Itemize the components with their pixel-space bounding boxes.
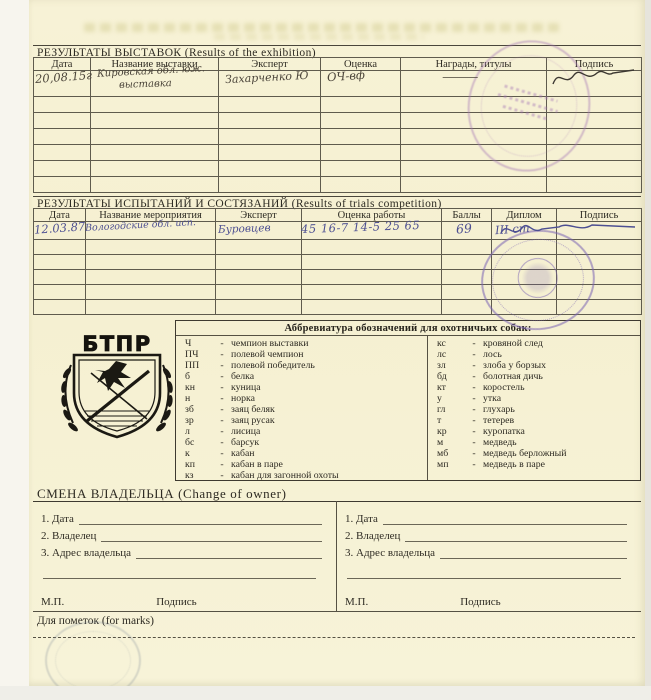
dash: [213, 459, 231, 470]
dash: [213, 393, 231, 404]
abbreviation-item: ннорка: [185, 393, 427, 404]
fill-in-line: [79, 513, 322, 525]
dash: [213, 371, 231, 382]
abbreviation-item: кзкабан для загонной охоты: [185, 470, 427, 481]
abbreviation-item: кпкабан в паре: [185, 459, 427, 470]
dash: [213, 382, 231, 393]
mp-label: М.П.: [345, 596, 368, 608]
bleed-through-text: [84, 23, 559, 32]
table-cell-empty: [34, 113, 91, 129]
dash: [465, 393, 483, 404]
dash: [213, 426, 231, 437]
owner-change-pane-right: 1. Дата 2. Владелец 3. Адрес владельца М…: [337, 501, 641, 611]
table-cell-empty: [442, 300, 492, 315]
table-cell-empty: [91, 145, 219, 161]
table-cell-empty: [34, 300, 86, 315]
fill-in-line: [405, 530, 627, 542]
abbreviation-item: ППполевой победитель: [185, 360, 427, 371]
table-cell-empty: [86, 240, 216, 255]
owner-change-box: 1. Дата 2. Владелец 3. Адрес владельца М…: [33, 501, 641, 612]
abbreviation-item: лслось: [437, 349, 640, 360]
owner-field-row: 1. Дата: [345, 512, 627, 525]
abbreviations-columns: Ччемпион выставки ПЧполевой чемпион ППпо…: [176, 336, 640, 480]
abbreviations-title: Аббревиатура обозначений для охотничьих …: [176, 321, 640, 336]
dash: [465, 360, 483, 371]
handwritten-trial-expert: Буровцев: [218, 222, 271, 236]
table-cell-empty: [34, 240, 86, 255]
owner-field-label: 3. Адрес владельца: [41, 547, 131, 559]
handwritten-awards-dash: —: [441, 70, 479, 84]
signature-trial: [497, 218, 639, 242]
table-cell-empty: [321, 145, 401, 161]
dash: [465, 382, 483, 393]
owner-field-row: 3. Адрес владельца: [41, 546, 322, 559]
table-cell-empty: [401, 177, 547, 193]
owner-field-label: 3. Адрес владельца: [345, 547, 435, 559]
dash: [213, 404, 231, 415]
dash: [213, 338, 231, 349]
table-cell-empty: [547, 161, 642, 177]
emblem-text: БТПР: [82, 332, 151, 356]
abbreviation-item: ббелка: [185, 371, 427, 382]
signature-label: Подпись: [460, 596, 500, 608]
owner-field-row: 1. Дата: [41, 512, 322, 525]
signature-exhibition: [549, 64, 637, 90]
dash: [213, 349, 231, 360]
table-cell-empty: [86, 270, 216, 285]
table-cell-empty: [219, 113, 321, 129]
table-cell-empty: [86, 300, 216, 315]
bleed-through-text: [214, 34, 424, 40]
dash: [465, 437, 483, 448]
table-cell-empty: [86, 255, 216, 270]
table-cell-empty: [321, 113, 401, 129]
table-cell-empty: [34, 145, 91, 161]
abbreviations-right-column: кскровяной след лслось злзлоба у борзых …: [428, 336, 640, 480]
signature-label: Подпись: [156, 596, 196, 608]
abbreviation-item: ттетерев: [437, 415, 640, 426]
dash: [213, 437, 231, 448]
table-cell-empty: [216, 255, 302, 270]
owner-field-label: 2. Владелец: [41, 530, 96, 542]
abbreviation-item: мпмедведь в паре: [437, 459, 640, 470]
abbreviation-item: ллисица: [185, 426, 427, 437]
handwritten-trial-points: 69: [455, 220, 472, 236]
abbreviations-box: Аббревиатура обозначений для охотничьих …: [175, 320, 641, 481]
table-cell-empty: [91, 129, 219, 145]
dash: [213, 415, 231, 426]
table-cell-empty: [34, 177, 91, 193]
btpr-club-emblem: БТПР: [57, 331, 177, 453]
dash: [465, 349, 483, 360]
owner-field-row: 2. Владелец: [345, 529, 627, 542]
owner-change-pane-left: 1. Дата 2. Владелец 3. Адрес владельца М…: [33, 501, 337, 611]
table-cell-empty: [302, 240, 442, 255]
owner-field-row: 2. Владелец: [41, 529, 322, 542]
abbreviation-item: мбмедведь берложный: [437, 448, 640, 459]
abbreviation-item: ПЧполевой чемпион: [185, 349, 427, 360]
abbreviation-item: ккабан: [185, 448, 427, 459]
abbreviation-item: кнкуница: [185, 382, 427, 393]
table-cell-empty: [91, 177, 219, 193]
table-cell-empty: [86, 285, 216, 300]
stamp-signature-row: М.П. Подпись: [41, 596, 322, 608]
handwritten-exhibition-name: выставка: [119, 78, 172, 91]
table-cell-empty: [216, 270, 302, 285]
table-cell-empty: [321, 129, 401, 145]
table-cell-empty: [547, 177, 642, 193]
table-cell-empty: [91, 97, 219, 113]
dash: [465, 338, 483, 349]
table-cell-empty: [34, 129, 91, 145]
abbreviation-item: бдболотная дичь: [437, 371, 640, 382]
column-header: Эксперт: [216, 209, 302, 222]
table-cell-empty: [219, 145, 321, 161]
abbreviation-item: уутка: [437, 393, 640, 404]
dash: [213, 470, 231, 481]
abbreviation-item: Ччемпион выставки: [185, 338, 427, 349]
table-cell-empty: [219, 129, 321, 145]
table-cell-empty: [302, 255, 442, 270]
abbreviation-item: кркуропатка: [437, 426, 640, 437]
dash: [465, 426, 483, 437]
table-cell-empty: [216, 285, 302, 300]
table-row-empty: [34, 177, 642, 193]
scanned-pedigree-page: { "emblem": { "text": "БТПР" }, "exhibit…: [0, 0, 651, 700]
abbreviation-item: злзлоба у борзых: [437, 360, 640, 371]
abbreviation-item: ммедведь: [437, 437, 640, 448]
dash: [465, 371, 483, 382]
mp-label: М.П.: [41, 596, 64, 608]
dash: [465, 404, 483, 415]
table-cell-empty: [34, 161, 91, 177]
dash: [465, 415, 483, 426]
abbreviation-item: збзаяц беляк: [185, 404, 427, 415]
owner-field-label: 1. Дата: [41, 513, 74, 525]
dash: [465, 448, 483, 459]
handwritten-exhibition-score: ОЧ-вф: [327, 68, 366, 85]
owner-field-label: 2. Владелец: [345, 530, 400, 542]
owner-change-title: СМЕНА ВЛАДЕЛЬЦА (Change of owner): [33, 486, 641, 502]
abbreviation-item: глглухарь: [437, 404, 640, 415]
table-cell-empty: [219, 161, 321, 177]
fill-in-line: [101, 530, 322, 542]
abbreviation-item: бсбарсук: [185, 437, 427, 448]
owner-field-label: 1. Дата: [345, 513, 378, 525]
abbreviation-item: кскровяной след: [437, 338, 640, 349]
scan-bottom-margin: [0, 686, 651, 700]
fill-in-line: [136, 547, 322, 559]
dash: [465, 459, 483, 470]
scan-left-margin: [0, 0, 29, 700]
document-paper: РЕЗУЛЬТАТЫ ВЫСТАВОК (Results of the exhi…: [29, 0, 645, 686]
stamp-signature-row: М.П. Подпись: [345, 596, 627, 608]
fill-in-line: [347, 567, 621, 579]
table-cell-empty: [34, 255, 86, 270]
abbreviation-item: зрзаяц русак: [185, 415, 427, 426]
abbreviation-item: кткоростель: [437, 382, 640, 393]
table-cell-empty: [321, 177, 401, 193]
fill-in-line: [383, 513, 627, 525]
fill-in-line: [440, 547, 627, 559]
dash: [213, 360, 231, 371]
table-cell-empty: [216, 240, 302, 255]
table-cell-empty: [91, 161, 219, 177]
owner-field-row: 3. Адрес владельца: [345, 546, 627, 559]
table-cell-empty: [321, 97, 401, 113]
table-cell-empty: [34, 270, 86, 285]
table-cell-empty: [34, 285, 86, 300]
table-cell-empty: [219, 177, 321, 193]
table-cell-empty: [302, 270, 442, 285]
table-cell-empty: [442, 240, 492, 255]
dash: [213, 448, 231, 459]
table-cell-empty: [219, 97, 321, 113]
fill-in-line: [43, 567, 316, 579]
table-cell-empty: [321, 161, 401, 177]
table-cell-empty: [216, 300, 302, 315]
table-cell-empty: [302, 285, 442, 300]
table-cell-empty: [34, 97, 91, 113]
abbreviations-left-column: Ччемпион выставки ПЧполевой чемпион ППпо…: [176, 336, 428, 480]
table-cell-empty: [302, 300, 442, 315]
column-header: Баллы: [442, 209, 492, 222]
table-cell-empty: [91, 113, 219, 129]
